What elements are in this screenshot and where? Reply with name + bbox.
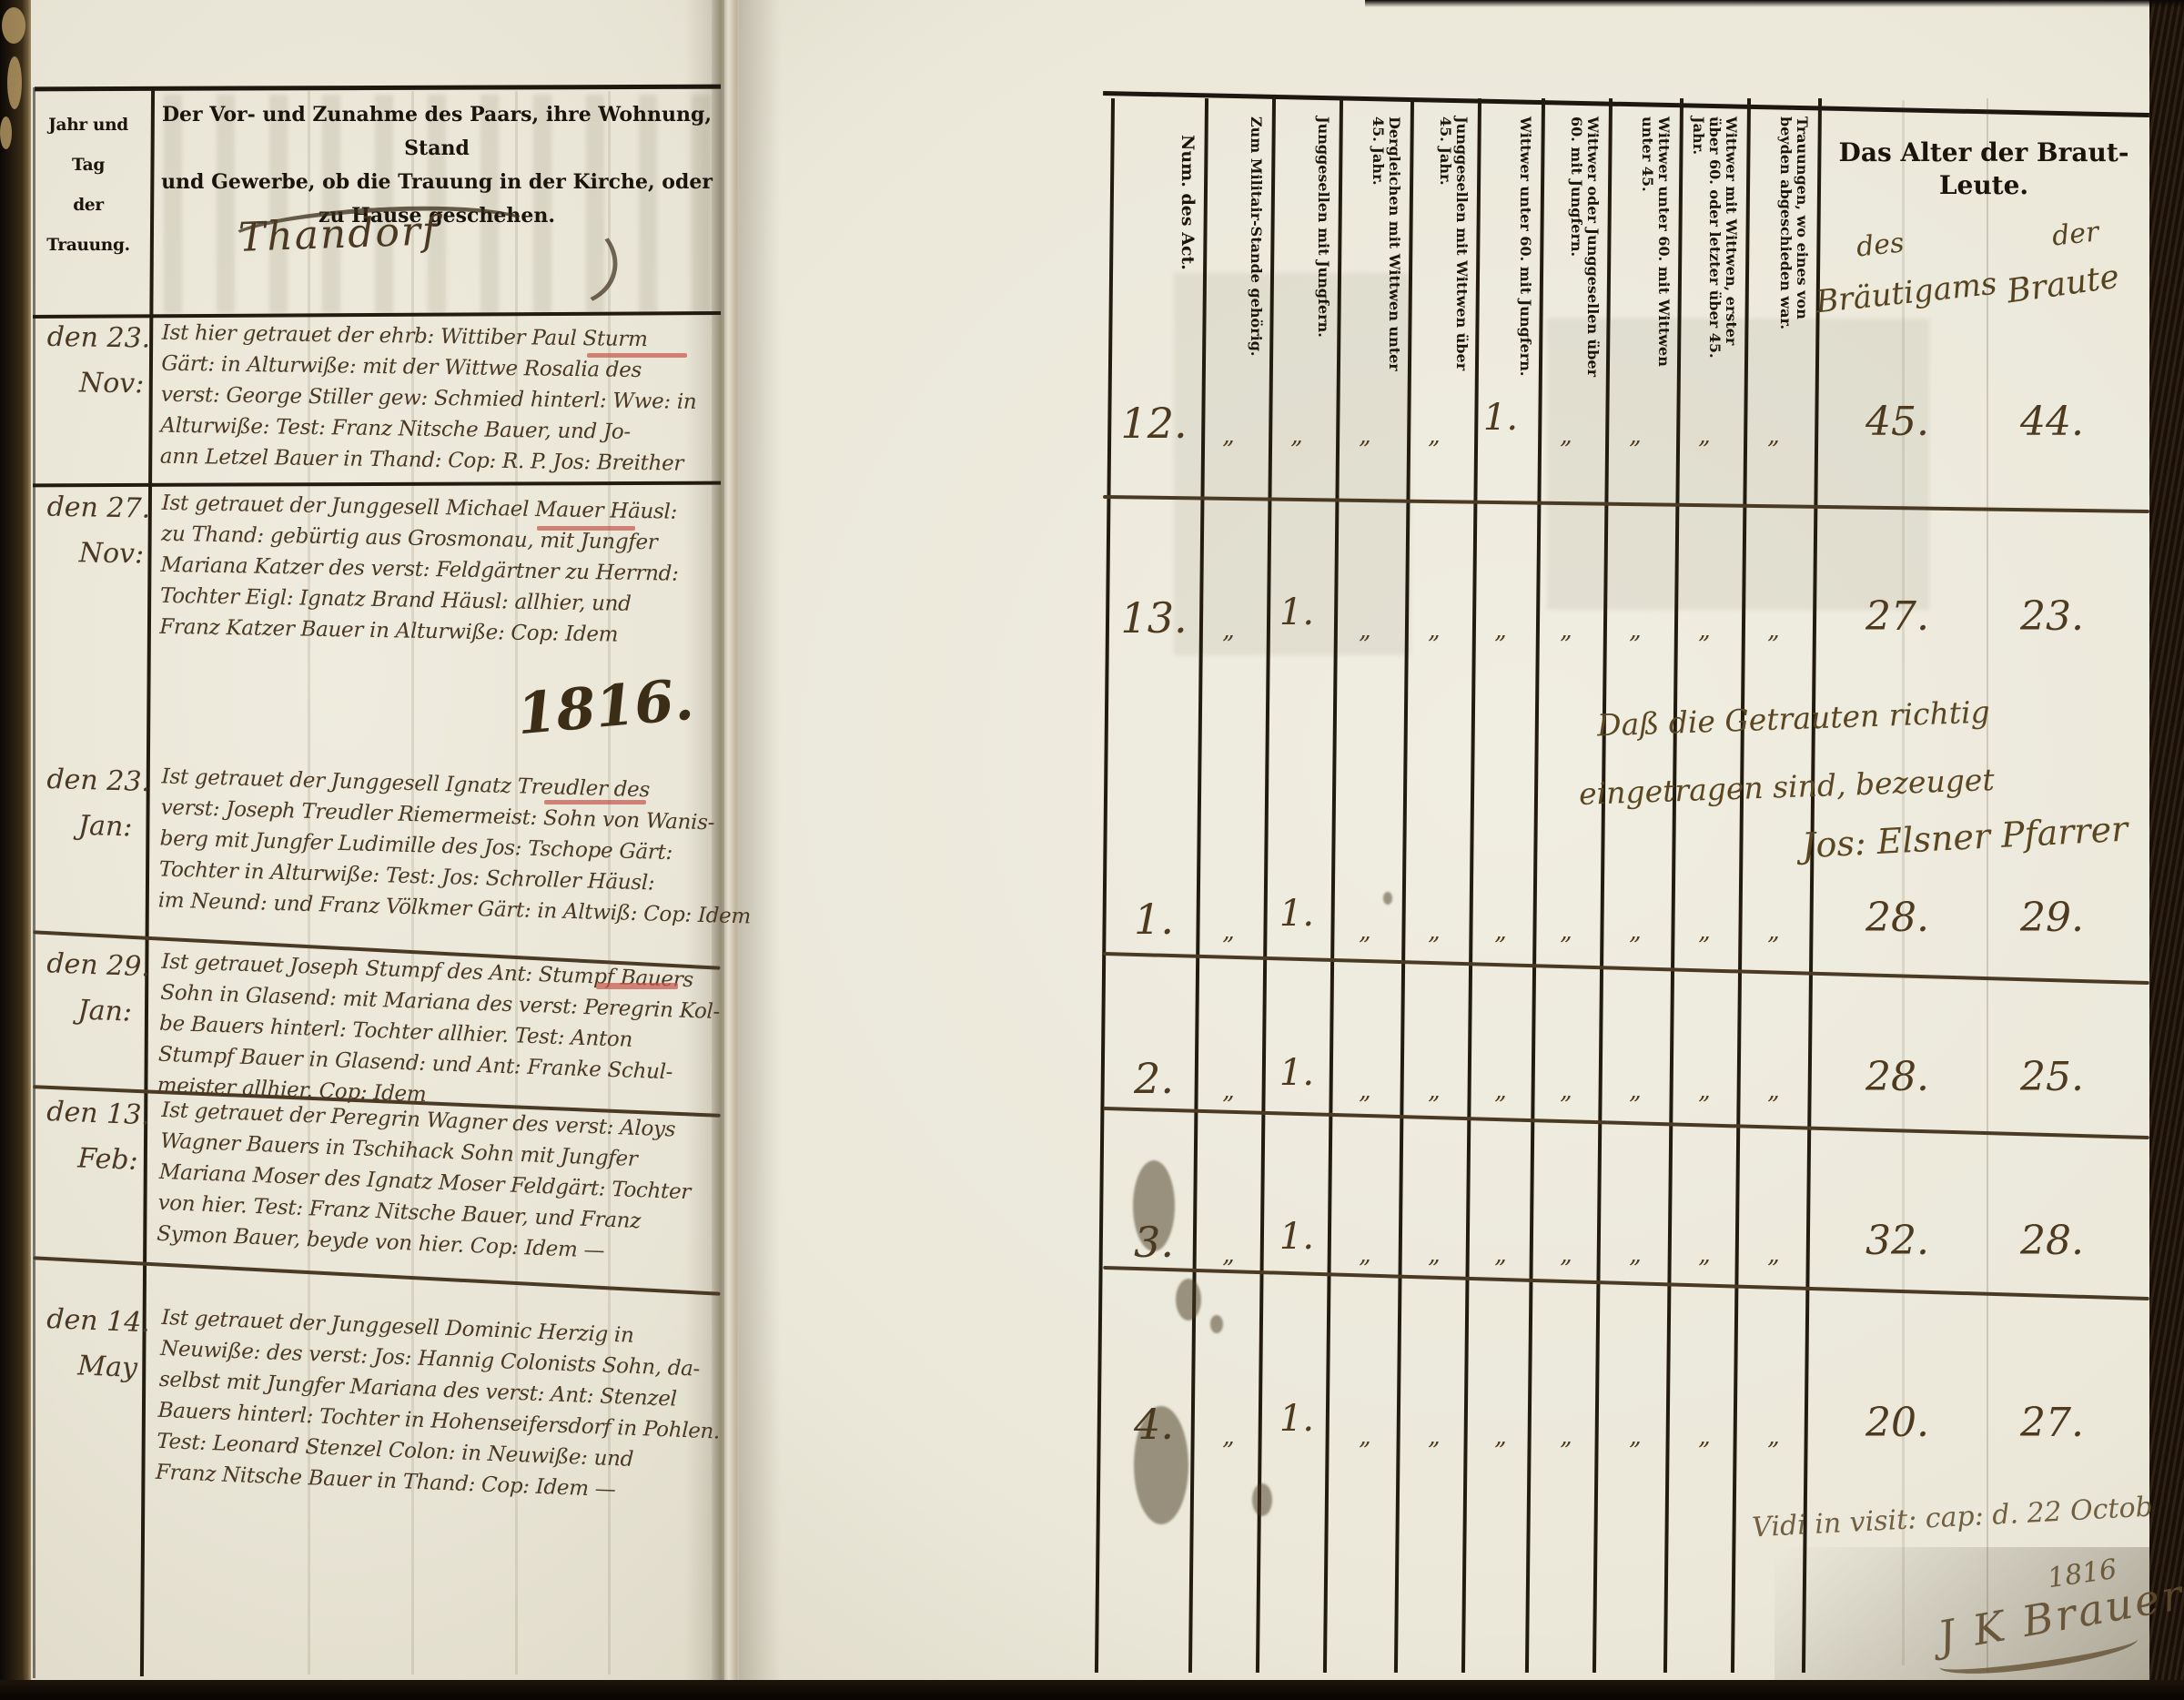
ditto-mark: „ <box>1751 422 1796 450</box>
entry-date-day: den 23. <box>46 764 150 798</box>
bride-age: 27. <box>1988 1400 2116 1446</box>
ditto-mark: „ <box>1411 1423 1457 1451</box>
groom-age: 20. <box>1834 1400 1961 1446</box>
paper-scrap <box>7 56 22 109</box>
red-underline-mark <box>544 800 646 804</box>
column-header-widowers-under60-maidens: Wittwer unter 60. mit Jungfern. <box>1473 107 1533 380</box>
column-header-divorced: Trauungen, wo eines von beyden abgeschie… <box>1743 107 1810 380</box>
count-row-4: 4. „ 1. „ „ „ „ „ „ „ 20. 27. <box>0 1400 2184 1486</box>
red-underline-mark <box>537 526 635 531</box>
ditto-mark: „ <box>1751 1423 1796 1451</box>
ditto-mark: „ <box>1682 617 1727 644</box>
ditto-mark: „ <box>1613 617 1658 644</box>
groom-age: 45. <box>1834 399 1961 445</box>
date-header-line1: Jahr und Tag <box>31 106 146 186</box>
bride-age: 29. <box>1988 895 2116 941</box>
ditto-mark: „ <box>1342 918 1388 946</box>
ditto-mark: „ <box>1543 617 1589 644</box>
row-num: 2. <box>1116 1054 1192 1103</box>
ditto-mark: „ <box>1478 1423 1523 1451</box>
ditto-mark: „ <box>1206 617 1251 644</box>
ditto-mark: „ <box>1342 1241 1388 1269</box>
ditto-mark: „ <box>1206 1241 1251 1269</box>
groom-age: 28. <box>1834 895 1961 941</box>
ditto-mark: „ <box>1543 1078 1589 1105</box>
ditto-mark: „ <box>1682 1241 1727 1269</box>
count-row-1: 1. „ 1. „ „ „ „ „ „ „ 28. 29. <box>0 895 2184 981</box>
book-edge-top <box>1365 0 2184 7</box>
ditto-mark: „ <box>1751 918 1796 946</box>
tally-mark: 1. <box>1274 1052 1319 1094</box>
tally-mark: 1. <box>1274 1398 1319 1440</box>
tally-mark: 1. <box>1274 592 1319 633</box>
ditto-mark: „ <box>1411 422 1457 450</box>
ditto-mark: „ <box>1206 1078 1251 1105</box>
ditto-mark: „ <box>1543 422 1589 450</box>
ditto-mark: „ <box>1206 422 1251 450</box>
count-row-12: 12. „ „ „ „ 1. „ „ „ „ 45. 44. <box>0 399 2184 485</box>
ditto-mark: „ <box>1682 1078 1727 1105</box>
red-underline-mark <box>596 983 678 989</box>
bride-label-der: der <box>2050 216 2100 252</box>
paper-scrap <box>2 7 25 44</box>
ditto-mark: „ <box>1411 1241 1457 1269</box>
entry-date-month: Jan: <box>77 995 133 1028</box>
ink-stain <box>1383 892 1392 905</box>
column-header-num: Num. des Act. <box>1107 107 1197 380</box>
ditto-mark: „ <box>1206 918 1251 946</box>
entry-date-month: Feb: <box>77 1142 139 1177</box>
ink-stain <box>1133 1160 1175 1251</box>
ditto-mark: „ <box>1274 422 1319 450</box>
ditto-mark: „ <box>1682 1423 1727 1451</box>
groom-age: 27. <box>1834 593 1961 640</box>
place-annotation: Thandorf <box>238 207 440 261</box>
marriage-register-spread: Jahr und Tag der Trauung. Der Vor- und Z… <box>0 0 2184 1700</box>
ditto-mark: „ <box>1613 918 1658 946</box>
tally-mark: 1. <box>1274 1216 1319 1258</box>
row-num: 13. <box>1116 593 1192 643</box>
entry-date-day: den 14. <box>46 1303 151 1339</box>
column-header-widowers-widows-older: Wittwer mit Wittwen, erster über 60. ode… <box>1675 107 1739 380</box>
date-header-line3: Trauung. <box>31 226 146 266</box>
count-row-13: 13. „ 1. „ „ „ „ „ „ „ 27. 23. <box>0 593 2184 680</box>
column-header-bachelors-widows-over45: Junggesellen mit Wittwen über 45. Jahr. <box>1406 107 1470 380</box>
ditto-mark: „ <box>1613 422 1658 450</box>
ditto-mark: „ <box>1543 1241 1589 1269</box>
entry-date-day: den 23. <box>46 321 150 355</box>
column-header-widowers-under60-widows-under45: Wittwer unter 60. mit Wittwen unter 45. <box>1604 107 1672 380</box>
groom-age: 32. <box>1834 1218 1961 1264</box>
ditto-mark: „ <box>1411 918 1457 946</box>
row-num: 1. <box>1116 895 1192 944</box>
ditto-mark: „ <box>1478 617 1523 644</box>
ditto-mark: „ <box>1682 422 1727 450</box>
ditto-mark: „ <box>1411 617 1457 644</box>
bride-age: 44. <box>1988 399 2116 445</box>
ditto-mark: „ <box>1342 617 1388 644</box>
ditto-mark: „ <box>1206 1423 1251 1451</box>
book-edge-bottom <box>0 1680 2184 1700</box>
ditto-mark: „ <box>1543 1423 1589 1451</box>
ditto-mark: „ <box>1478 918 1523 946</box>
ditto-mark: „ <box>1342 1078 1388 1105</box>
ditto-mark: „ <box>1613 1241 1658 1269</box>
row-num: 12. <box>1116 399 1192 448</box>
ink-stain <box>1252 1483 1272 1516</box>
bride-age: 25. <box>1988 1054 2116 1100</box>
ditto-mark: „ <box>1478 1241 1523 1269</box>
date-header-line2: der <box>31 186 146 226</box>
ditto-mark: „ <box>1411 1078 1457 1105</box>
entry-date-day: den 27. <box>46 491 150 525</box>
bride-age: 28. <box>1988 1218 2116 1264</box>
ditto-mark: „ <box>1478 1078 1523 1105</box>
ink-stain <box>1176 1279 1201 1321</box>
ditto-mark: „ <box>1751 617 1796 644</box>
ditto-mark: „ <box>1342 422 1388 450</box>
age-column-header: Das Alter der Braut-Leute. <box>1820 137 2148 202</box>
ditto-mark: „ <box>1751 1241 1796 1269</box>
groom-label-des: des <box>1855 227 1906 263</box>
column-header-military: Zum Militair-Stande gehörig. <box>1200 107 1264 380</box>
ditto-mark: „ <box>1751 1078 1796 1105</box>
column-header-bachelors-maidens: Junggesellen mit Jungfern. <box>1268 107 1331 380</box>
couple-header-line1: Der Vor- und Zunahme des Paars, ihre Woh… <box>157 98 717 166</box>
entry-date-month: Nov: <box>78 537 144 570</box>
red-underline-mark <box>587 353 687 358</box>
column-header-widowers-over60-maidens: Wittwer oder Junggesellen über 60. mit J… <box>1537 107 1601 380</box>
entry-date-month: Nov: <box>79 367 145 400</box>
ink-stain <box>1210 1315 1223 1333</box>
ditto-mark: „ <box>1613 1078 1658 1105</box>
groom-age: 28. <box>1834 1054 1961 1100</box>
paper-scrap <box>0 116 12 149</box>
ditto-mark: „ <box>1682 918 1727 946</box>
tally-mark: 1. <box>1478 397 1523 439</box>
entry-date-month: Jan: <box>78 810 133 844</box>
ditto-mark: „ <box>1613 1423 1658 1451</box>
couple-header-line2: und Gewerbe, ob die Trauung in der Kirch… <box>157 166 717 199</box>
column-header-bachelors-widows-under45: Dergleichen mit Wittwen unter 45. Jahr. <box>1335 107 1402 380</box>
ink-stain <box>1134 1406 1188 1524</box>
tally-mark: 1. <box>1274 893 1319 935</box>
ditto-mark: „ <box>1543 918 1589 946</box>
column-header-date: Jahr und Tag der Trauung. <box>31 106 146 266</box>
bride-age: 23. <box>1988 593 2116 640</box>
entry-date-month: May <box>77 1350 138 1383</box>
ditto-mark: „ <box>1342 1423 1388 1451</box>
